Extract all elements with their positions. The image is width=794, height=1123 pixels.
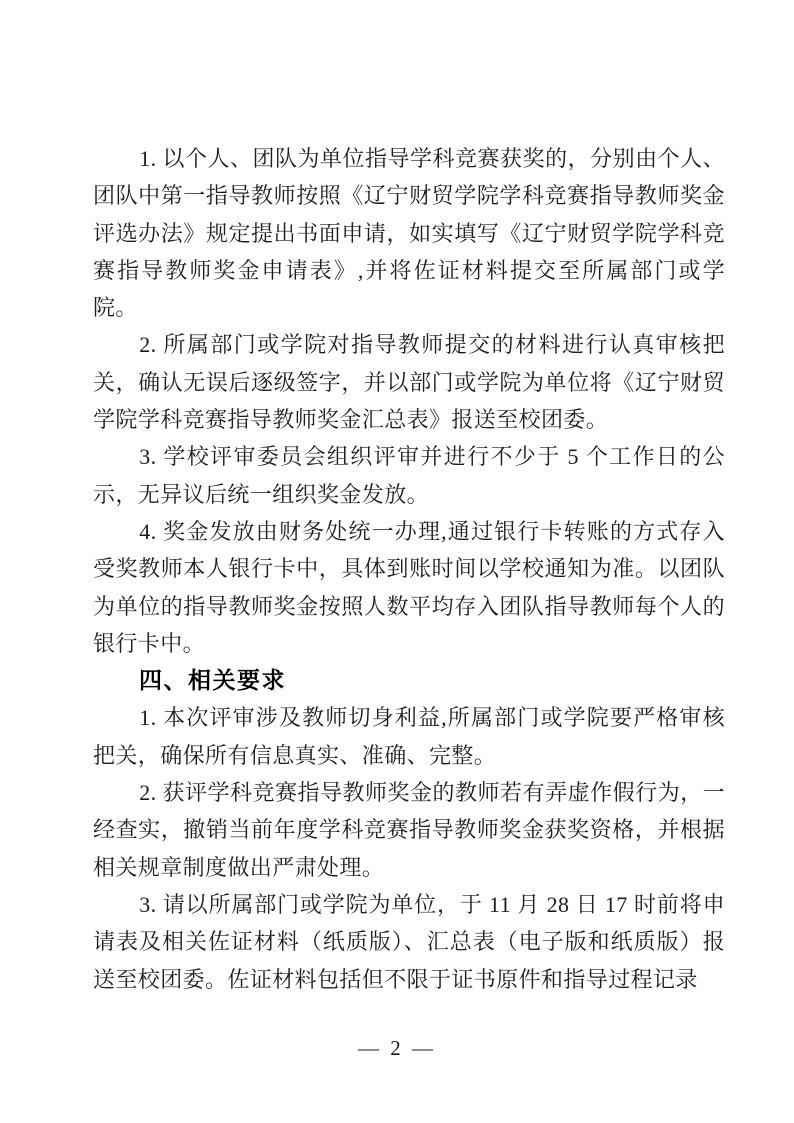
- body-paragraph-2: 2. 所属部门或学院对指导教师提交的材料进行认真审核把关，确认无误后逐级签字，并…: [93, 326, 725, 438]
- document-body: 1. 以个人、团队为单位指导学科竞赛获奖的，分别由个人、团队中第一指导教师按照《…: [93, 140, 725, 998]
- page-number: — 2 —: [0, 1036, 794, 1061]
- body-paragraph-6: 2. 获评学科竞赛指导教师奖金的教师若有弄虚作假行为，一经查实，撤销当前年度学科…: [93, 774, 725, 886]
- body-paragraph-1: 1. 以个人、团队为单位指导学科竞赛获奖的，分别由个人、团队中第一指导教师按照《…: [93, 140, 725, 326]
- body-paragraph-7: 3. 请以所属部门或学院为单位，于 11 月 28 日 17 时前将申请表及相关…: [93, 886, 725, 998]
- body-paragraph-5: 1. 本次评审涉及教师切身利益,所属部门或学院要严格审核把关，确保所有信息真实、…: [93, 699, 725, 774]
- body-paragraph-4: 4. 奖金发放由财务处统一办理,通过银行卡转账的方式存入受奖教师本人银行卡中，具…: [93, 513, 725, 662]
- body-paragraph-3: 3. 学校评审委员会组织评审并进行不少于 5 个工作日的公示，无异议后统一组织奖…: [93, 438, 725, 513]
- section-heading-related-requirements: 四、相关要求: [93, 662, 725, 699]
- document-page: 1. 以个人、团队为单位指导学科竞赛获奖的，分别由个人、团队中第一指导教师按照《…: [0, 0, 794, 1123]
